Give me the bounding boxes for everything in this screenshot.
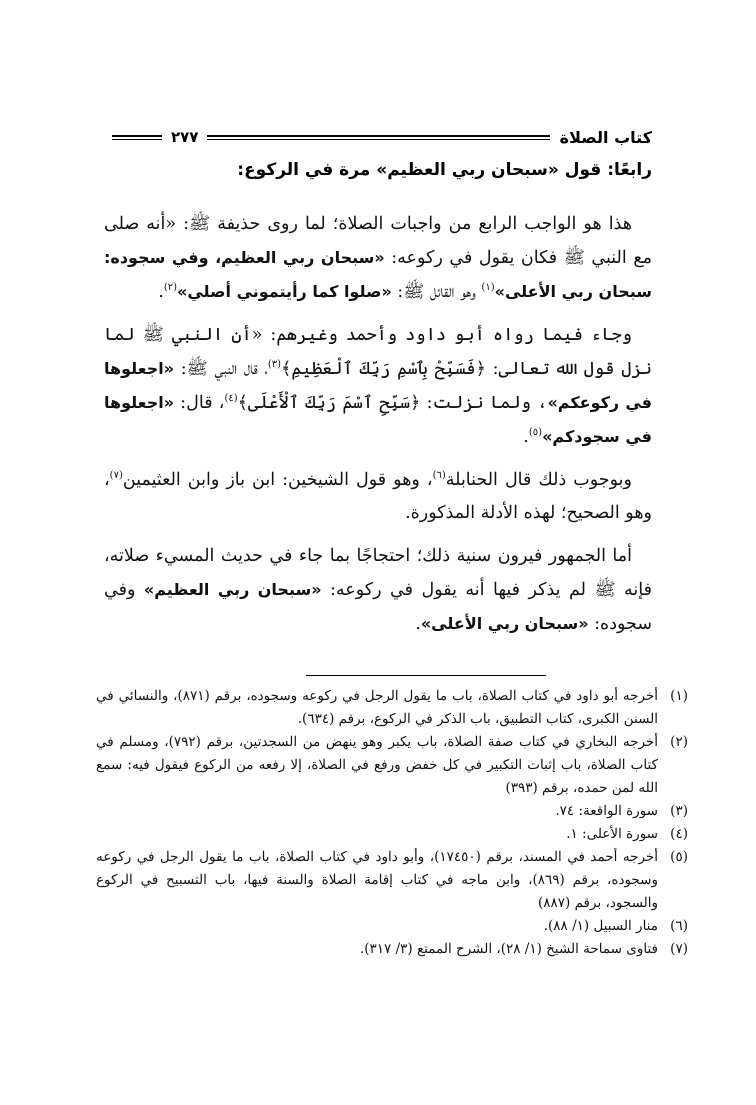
- footnote-ref[interactable]: (٤): [224, 393, 237, 404]
- footnote-ref[interactable]: (١): [481, 282, 494, 293]
- footnote: (٢)أخرجه البخاري في كتاب صفة الصلاة، باب…: [96, 731, 688, 800]
- footnote: (٧)فتاوى سماحة الشيخ (١/ ٢٨)، الشرح المم…: [96, 938, 688, 961]
- footnote-ref[interactable]: (٧): [110, 470, 123, 481]
- footnote-text: سورة الواقعة: ٧٤.: [555, 803, 658, 819]
- footnote: (٦)منار السبيل (١/ ٨٨).: [96, 915, 688, 938]
- text-segment: ، قال النبي ﷺ:: [174, 359, 268, 379]
- paragraph: وبوجوب ذلك قال الحنابلة(٦)، وهو قول الشي…: [104, 464, 652, 530]
- hadith-quote: «سبحان ربي العظيم»: [144, 580, 322, 599]
- footnote-number: (٣): [658, 800, 688, 823]
- footnote-number: (١): [658, 685, 688, 708]
- footnote: (١)أخرجه أبو داود في كتاب الصلاة، باب ما…: [96, 685, 688, 731]
- footnote-number: (٥): [658, 846, 688, 869]
- body-text: هذا هو الواجب الرابع من واجبات الصلاة؛ ل…: [104, 208, 652, 651]
- paragraph: وجاء فيما رواه أبو داود وأحمد وغيرهم: «أ…: [104, 319, 652, 454]
- footnote-number: (٧): [658, 938, 688, 961]
- footnote: (٤)سورة الأعلى: ١.: [96, 823, 688, 846]
- footnote: (٣)سورة الواقعة: ٧٤.: [96, 800, 688, 823]
- text-segment: ، قال:: [174, 393, 224, 413]
- header-rule-short: [112, 135, 162, 140]
- footnote-ref[interactable]: (٣): [268, 359, 281, 370]
- footnote-ref[interactable]: (٦): [433, 470, 446, 481]
- footnote-text: سورة الأعلى: ١.: [566, 826, 658, 842]
- paragraph: هذا هو الواجب الرابع من واجبات الصلاة؛ ل…: [104, 208, 652, 309]
- footnote-text: أخرجه أبو داود في كتاب الصلاة، باب ما يق…: [96, 688, 658, 727]
- section-heading: رابعًا: قول «سبحان ربي العظيم» مرة في ال…: [112, 160, 652, 180]
- text-segment: ، ولما نزلت: ﴿سَبِّحِ ٱسْمَ رَبِّكَ ٱلْأ…: [238, 393, 548, 413]
- footnote-separator: [306, 675, 546, 676]
- book-page: كتاب الصلاة ٢٧٧ رابعًا: قول «سبحان ربي ا…: [0, 0, 756, 1105]
- header-rule: [207, 135, 549, 140]
- footnote-number: (٤): [658, 823, 688, 846]
- footnote-text: منار السبيل (١/ ٨٨).: [544, 918, 658, 934]
- footnote-number: (٢): [658, 731, 688, 754]
- footnotes: (١)أخرجه أبو داود في كتاب الصلاة، باب ما…: [96, 685, 688, 961]
- footnote-text: أخرجه أحمد في المسند، برقم (١٧٤٥٠)، وأبو…: [96, 849, 658, 911]
- paragraph: أما الجمهور فيرون سنية ذلك؛ احتجاجًا بما…: [104, 540, 652, 641]
- text-segment: ، وهو قول الشيخين: ابن باز وابن العثيمين: [123, 470, 433, 490]
- text-segment: وهو القائل ﷺ:: [392, 282, 482, 302]
- text-segment: وبوجوب ذلك قال الحنابلة: [446, 470, 632, 490]
- footnote-ref[interactable]: (٢): [164, 282, 177, 293]
- hadith-quote: «سبحان ربي الأعلى»: [421, 614, 589, 633]
- hadith-quote: «صلوا كما رأيتموني أصلي»: [177, 282, 392, 301]
- footnote-ref[interactable]: (٥): [529, 427, 542, 438]
- footnote-text: فتاوى سماحة الشيخ (١/ ٢٨)، الشرح الممتع …: [360, 941, 658, 957]
- book-section-title: كتاب الصلاة: [560, 128, 652, 147]
- footnote: (٥)أخرجه أحمد في المسند، برقم (١٧٤٥٠)، و…: [96, 846, 688, 915]
- page-number: ٢٧٧: [162, 128, 207, 146]
- footnote-number: (٦): [658, 915, 688, 938]
- footnote-text: أخرجه البخاري في كتاب صفة الصلاة، باب يك…: [96, 734, 658, 796]
- running-header: كتاب الصلاة ٢٧٧: [112, 123, 652, 151]
